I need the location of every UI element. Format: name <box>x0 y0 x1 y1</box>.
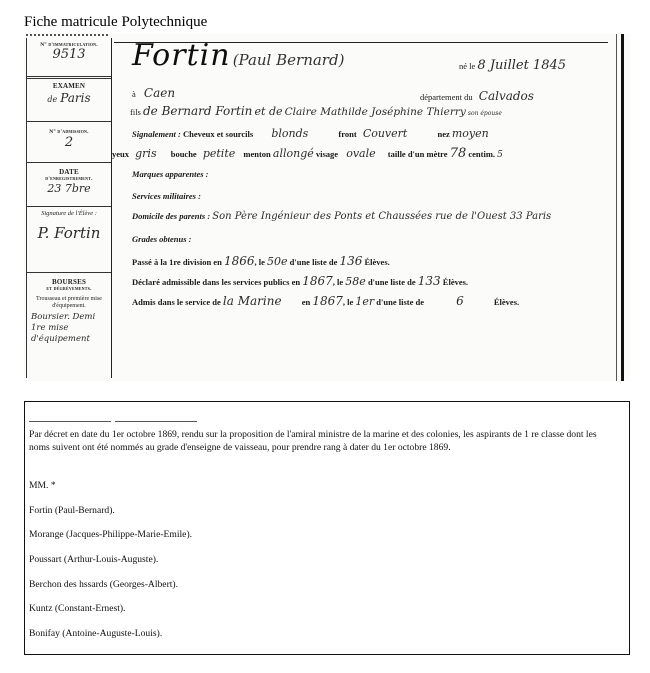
chin-label: menton <box>243 149 270 159</box>
domicile-line: Domicile des parents : Son Père Ingénieu… <box>132 211 551 222</box>
bourses-box: BOURSES et dégrèvements. Trousseau et pr… <box>27 278 111 345</box>
eyes-label: yeux <box>112 149 129 159</box>
division-year: 1866 <box>224 254 255 268</box>
given-names: (Paul Bernard) <box>233 51 345 69</box>
name-entry: Morange (Jacques-Philippe-Marie-Emile). <box>29 529 192 542</box>
admissible-list-label: d'une liste de <box>368 277 416 287</box>
admissible-suffix: Élèves. <box>443 277 468 287</box>
height-value: 78 <box>450 146 467 161</box>
date-value: 23 7bre <box>27 182 111 195</box>
admis-rank: 1er <box>355 295 374 308</box>
bourses-label: BOURSES <box>27 278 111 286</box>
admis-service: la Marine <box>223 294 282 308</box>
immatriculation-box: N° d'immatriculation. 9513 <box>27 42 111 62</box>
immatriculation-value: 9513 <box>27 48 111 62</box>
examen-box: EXAMEN de Paris <box>27 82 111 108</box>
trousseau-label: Trousseau et première mise d'équipement. <box>33 296 105 310</box>
name-entry: Poussart (Arthur-Louis-Auguste). <box>29 554 158 567</box>
examen-label: EXAMEN <box>27 82 111 90</box>
mouth-value: petite <box>203 147 235 160</box>
height-unit: centim. <box>468 149 495 159</box>
name-entry: Fortin (Paul-Bernard). <box>29 505 115 518</box>
mouth-label: bouche <box>171 149 197 159</box>
forehead-value: Couvert <box>363 127 408 140</box>
card-top-border <box>26 34 108 36</box>
division-prefix: Passé à la 1re division en <box>132 257 222 267</box>
place-prefix: à <box>132 89 136 99</box>
admissible-line: Déclaré admissible dans les services pub… <box>132 274 468 288</box>
division-total: 136 <box>339 254 362 268</box>
signalement-label: Signalement : <box>132 129 181 139</box>
signalement-line-2: yeux gris bouche petite menton allongé v… <box>112 146 503 161</box>
height-extra: 5 <box>497 150 503 160</box>
services-label: Services militaires : <box>132 191 201 201</box>
salutation: MM. * <box>29 480 56 493</box>
admis-suffix: Élèves. <box>494 297 519 307</box>
domicile-value: Son Père Ingénieur des Ponts et Chaussée… <box>212 211 551 222</box>
parents-line: fils de Bernard Fortin et de Claire Math… <box>130 104 502 118</box>
examen-prefix: de <box>47 95 57 104</box>
spouse-note: son épouse <box>468 110 502 117</box>
decree-transcription: Par décret en date du 1er octobre 1869, … <box>24 401 630 655</box>
divider <box>27 206 111 207</box>
divider <box>27 272 111 273</box>
birth-date-line: né le 8 Juillet 1845 <box>459 58 566 73</box>
grades-label: Grades obtenus : <box>132 234 192 244</box>
admis-line: Admis dans le service de la Marine en 18… <box>132 294 519 308</box>
height-label: taille d'un mètre <box>388 149 448 159</box>
place-value: Caen <box>144 86 175 100</box>
born-value: 8 Juillet 1845 <box>477 58 566 73</box>
eyes-value: gris <box>135 147 156 160</box>
division-list-label: d'une liste de <box>290 257 338 267</box>
student-signature: P. Fortin <box>27 217 111 249</box>
nose-value: moyen <box>452 127 489 140</box>
admissible-prefix: Déclaré admissible dans les services pub… <box>132 277 300 287</box>
department-line: département du Calvados <box>420 89 534 103</box>
hair-value: blonds <box>271 127 308 140</box>
signature-label: Signature de l'Élève : <box>27 210 111 217</box>
admissible-year: 1867 <box>302 274 333 288</box>
separator-rules <box>29 409 201 427</box>
divider <box>27 121 111 122</box>
chin-value: allongé <box>273 147 314 160</box>
examen-value: Paris <box>60 91 90 105</box>
signature-box: Signature de l'Élève : P. Fortin <box>27 210 111 249</box>
admis-list-label: d'une liste de <box>376 297 424 307</box>
name-entry: Kuntz (Constant-Ernest). <box>29 603 125 616</box>
date-box: DATE d'enregistrement. 23 7bre <box>27 168 111 195</box>
admis-en: en <box>302 297 311 307</box>
department-label: département du <box>420 92 473 102</box>
card-right-border-thin <box>616 34 617 381</box>
birth-place-line: à Caen <box>132 86 175 100</box>
division-rank: 50e <box>267 255 288 268</box>
decree-text: Par décret en date du 1er octobre 1869, … <box>29 429 619 454</box>
admis-year: 1867 <box>312 294 343 308</box>
division-line: Passé à la 1re division en 1866, le 50e … <box>132 254 390 268</box>
born-label: né le <box>459 61 475 71</box>
father-value: de Bernard Fortin <box>143 104 252 118</box>
admissible-rank: 58e <box>345 275 366 288</box>
admis-total: 6 <box>456 294 464 308</box>
card-left-column: N° d'immatriculation. 9513 EXAMEN de Par… <box>26 38 112 378</box>
admis-le: , le <box>343 297 353 307</box>
bourses-sublabel: et dégrèvements. <box>27 286 111 292</box>
admission-box: N° d'admission. 2 <box>27 129 111 151</box>
divider <box>27 76 111 79</box>
divider <box>27 162 111 163</box>
register-card-scan: N° d'immatriculation. 9513 EXAMEN de Par… <box>24 34 630 381</box>
face-label: visage <box>316 149 338 159</box>
card-main-column: Fortin (Paul Bernard) né le 8 Juillet 18… <box>114 34 618 381</box>
admission-value: 2 <box>27 135 111 151</box>
admissible-total: 133 <box>418 274 441 288</box>
division-le: , le <box>254 257 264 267</box>
division-suffix: Élèves. <box>365 257 390 267</box>
card-right-border <box>621 34 624 381</box>
department-value: Calvados <box>479 89 534 103</box>
son-of-label: fils <box>130 107 141 117</box>
surname: Fortin <box>132 38 231 73</box>
hair-label: Cheveux et sourcils <box>183 129 253 139</box>
nose-label: nez <box>437 129 449 139</box>
date-label: DATE <box>27 168 111 176</box>
name-entry: Berchon des hssards (Georges-Albert). <box>29 579 178 592</box>
marques-label: Marques apparentes : <box>132 169 209 179</box>
signalement-line-1: Signalement : Cheveux et sourcils blonds… <box>132 127 489 140</box>
admis-prefix: Admis dans le service de <box>132 297 221 307</box>
mother-value: Claire Mathilde Joséphine Thierry <box>285 106 466 118</box>
name-entry: Bonifay (Antoine-Auguste-Louis). <box>29 628 162 641</box>
trousseau-value: Boursier. Demi 1re mise d'équipement <box>27 312 111 345</box>
face-value: ovale <box>346 147 375 160</box>
domicile-label: Domicile des parents : <box>132 211 210 221</box>
name-line: Fortin (Paul Bernard) <box>132 38 344 73</box>
admissible-le: , le <box>333 277 343 287</box>
forehead-label: front <box>338 129 356 139</box>
page-title: Fiche matricule Polytechnique <box>24 14 207 31</box>
mother-connector: et de <box>255 105 283 118</box>
